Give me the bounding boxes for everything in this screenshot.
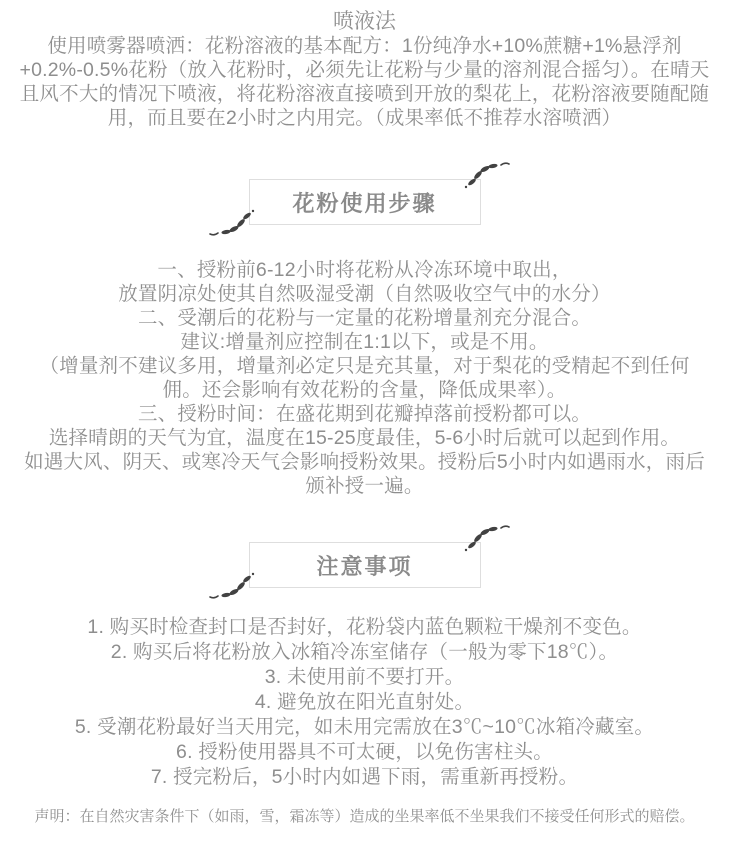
intro-line: +0.2%-0.5%花粉（放入花粉时，必须先让花粉与少量的溶剂混合摇匀）。在晴天 xyxy=(0,58,729,82)
steps-section: 一、授粉前6-12小时将花粉从冷冻环境中取出， 放置阴凉处使其自然吸湿受潮（自然… xyxy=(0,258,729,498)
leaf-branch-icon xyxy=(463,159,513,191)
intro-paragraph: 使用喷雾器喷洒：花粉溶液的基本配方：1份纯净水+10%蔗糖+1%悬浮剂 +0.2… xyxy=(0,34,729,130)
steps-line: 一、授粉前6-12小时将花粉从冷冻环境中取出， xyxy=(0,258,729,282)
steps-line: 放置阴凉处使其自然吸湿受潮（自然吸收空气中的水分） xyxy=(0,282,729,306)
steps-line: （增量剂不建议多用，增量剂必定只是充其量，对于梨花的受精起不到任何 xyxy=(0,354,729,378)
steps-line: 二、受潮后的花粉与一定量的花粉增量剂充分混合。 xyxy=(0,306,729,330)
steps-line: 选择晴朗的天气为宜，温度在15-25度最佳，5-6小时后就可以起到作用。 xyxy=(0,426,729,450)
steps-line: 佣。还会影响有效花粉的含量，降低成果率）。 xyxy=(0,378,729,402)
note-item: 1. 购买时检查封口是否封好，花粉袋内蓝色颗粒干燥剂不变色。 xyxy=(0,615,729,640)
leaf-branch-icon xyxy=(206,570,256,602)
intro-line: 且风不大的情况下喷液，将花粉溶液直接喷到开放的梨花上，花粉溶液要随配随 xyxy=(0,82,729,106)
steps-line: 颁补授一遍。 xyxy=(0,474,729,498)
steps-line: 建议:增量剂应控制在1:1以下，或是不用。 xyxy=(0,330,729,354)
intro-line: 使用喷雾器喷洒：花粉溶液的基本配方：1份纯净水+10%蔗糖+1%悬浮剂 xyxy=(0,34,729,58)
note-item: 4. 避免放在阳光直射处。 xyxy=(0,690,729,715)
disclaimer-text: 声明：在自然灾害条件下（如雨，雪，霜冻等）造成的坐果率低不坐果我们不接受任何形式… xyxy=(0,807,729,827)
leaf-branch-icon xyxy=(463,522,513,554)
page-title: 喷液法 xyxy=(0,0,729,34)
section-header-steps-wrap: 花粉使用步骤 xyxy=(0,179,729,225)
section-header-steps-label: 花粉使用步骤 xyxy=(292,187,436,218)
section-header-notes-wrap: 注意事项 xyxy=(0,542,729,588)
notes-section: 1. 购买时检查封口是否封好，花粉袋内蓝色颗粒干燥剂不变色。 2. 购买后将花粉… xyxy=(0,615,729,790)
steps-line: 三、授粉时间：在盛花期到花瓣掉落前授粉都可以。 xyxy=(0,402,729,426)
steps-line: 如遇大风、阴天、或寒冷天气会影响授粉效果。授粉后5小时内如遇雨水，雨后 xyxy=(0,450,729,474)
intro-line: 用，而且要在2小时之内用完。（成果率低不推荐水溶喷洒） xyxy=(0,106,729,130)
document-page: 喷液法 使用喷雾器喷洒：花粉溶液的基本配方：1份纯净水+10%蔗糖+1%悬浮剂 … xyxy=(0,0,729,849)
section-header-notes: 注意事项 xyxy=(249,542,481,588)
section-header-steps: 花粉使用步骤 xyxy=(249,179,481,225)
note-item: 6. 授粉使用器具不可太硬，以免伤害柱头。 xyxy=(0,740,729,765)
note-item: 5. 受潮花粉最好当天用完，如未用完需放在3℃~10℃冰箱冷藏室。 xyxy=(0,715,729,740)
leaf-branch-icon xyxy=(206,207,256,239)
note-item: 7. 授完粉后，5小时内如遇下雨，需重新再授粉。 xyxy=(0,765,729,790)
note-item: 3. 未使用前不要打开。 xyxy=(0,665,729,690)
section-header-notes-label: 注意事项 xyxy=(316,550,412,581)
note-item: 2. 购买后将花粉放入冰箱冷冻室储存（一般为零下18℃）。 xyxy=(0,640,729,665)
